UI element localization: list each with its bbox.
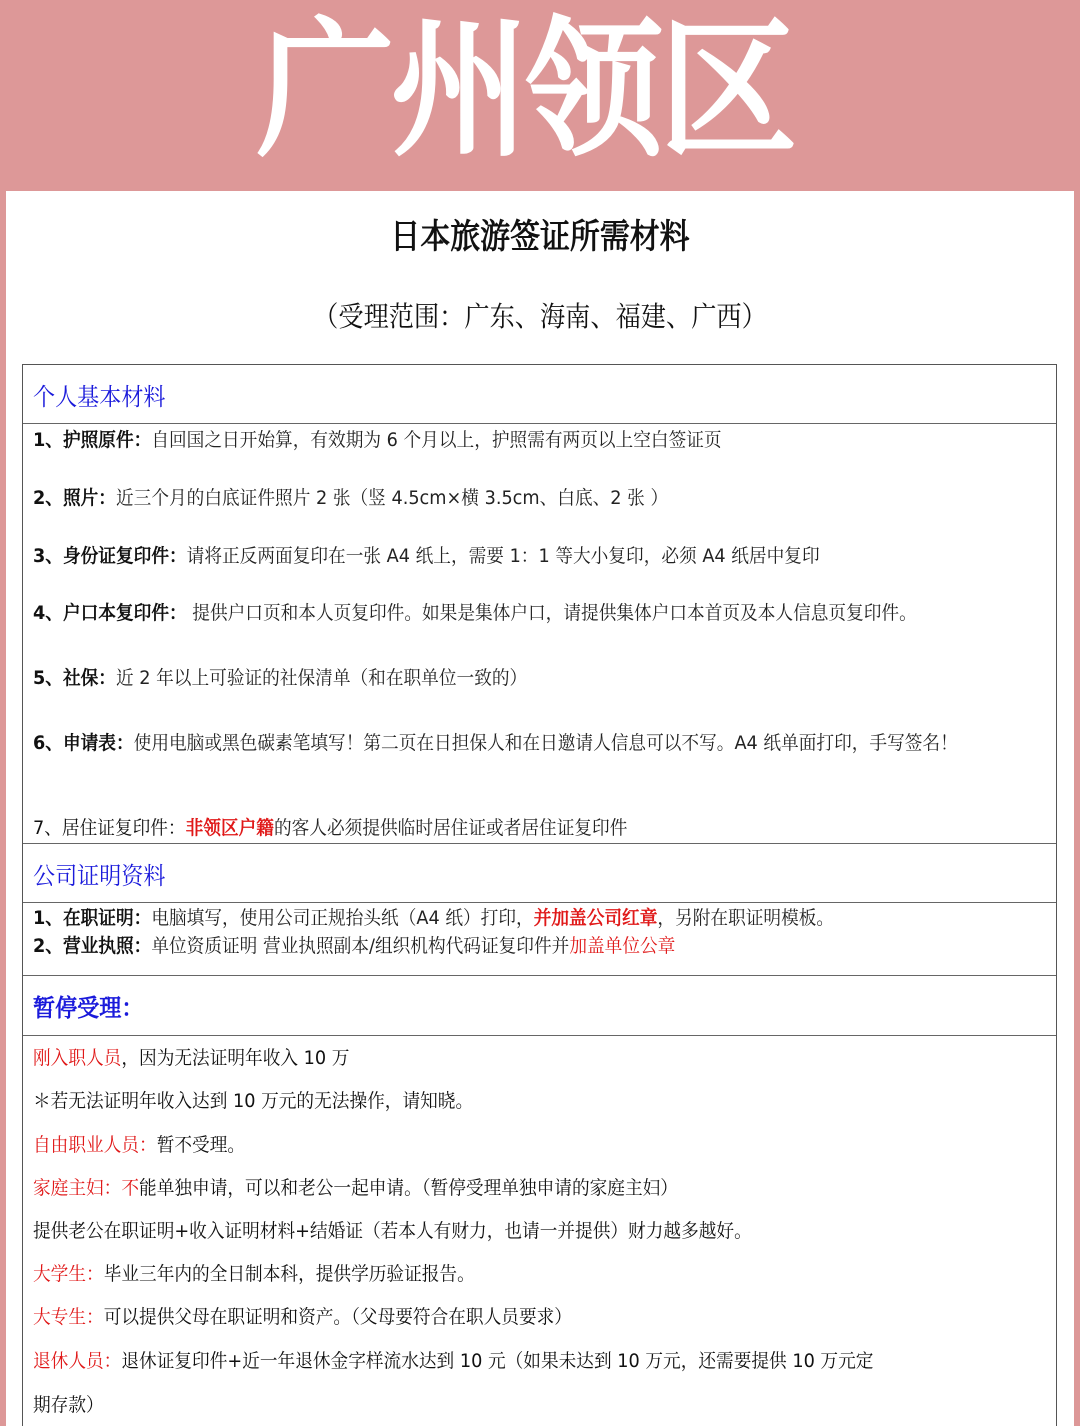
section-header-company: 公司证明资料 bbox=[23, 844, 1056, 903]
list-item: ＊若无法证明年收入达到 10 万元的无法操作，请知晓。 bbox=[33, 1087, 473, 1116]
list-item: 4、户口本复印件： 提供户口页和本人页复印件。如果是集体户口，请提供集体户口本首… bbox=[33, 599, 1042, 628]
section-body-company: 1、在职证明：电脑填写，使用公司正规抬头纸（A4 纸）打印，并加盖公司红章，另附… bbox=[23, 903, 1056, 976]
document-card: 日本旅游签证所需材料 （受理范围：广东、海南、福建、广西） 个人基本材料 1、护… bbox=[6, 191, 1074, 1426]
list-item: 大学生：毕业三年内的全日制本科，提供学历验证报告。 bbox=[33, 1260, 475, 1289]
list-item: 1、在职证明：电脑填写，使用公司正规抬头纸（A4 纸）打印，并加盖公司红章，另附… bbox=[33, 904, 834, 933]
document-title: 日本旅游签证所需材料 bbox=[70, 209, 1010, 258]
list-item: 1、护照原件：自回国之日开始算，有效期为 6 个月以上，护照需有两页以上空白签证… bbox=[33, 426, 722, 455]
list-item: 2、照片：近三个月的白底证件照片 2 张（竖 4.5cm×横 3.5cm、白底、… bbox=[33, 484, 668, 513]
list-item: 6、申请表：使用电脑或黑色碳素笔填写！第二页在日担保人和在日邀请人信息可以不写。… bbox=[33, 729, 1042, 758]
banner-title: 广州领区 bbox=[256, 16, 793, 166]
list-item: 家庭主妇：不能单独申请，可以和老公一起申请。（暂停受理单独申请的家庭主妇） bbox=[33, 1174, 678, 1203]
list-item: 7、居住证复印件：非领区户籍的客人必须提供临时居住证或者居住证复印件 bbox=[33, 814, 627, 843]
list-item: 刚入职人员，因为无法证明年收入 10 万 bbox=[33, 1044, 349, 1073]
section-body-personal: 1、护照原件：自回国之日开始算，有效期为 6 个月以上，护照需有两页以上空白签证… bbox=[23, 424, 1056, 844]
list-item: 退休人员：退休证复印件+近一年退休金字样流水达到 10 元（如果未达到 10 万… bbox=[33, 1347, 873, 1376]
list-item: 自由职业人员：暂不受理。 bbox=[33, 1131, 245, 1160]
document-subtitle: （受理范围：广东、海南、福建、广西） bbox=[59, 295, 1020, 335]
list-item: 3、身份证复印件：请将正反两面复印在一张 A4 纸上，需要 1：1 等大小复印，… bbox=[33, 542, 820, 571]
banner: 广州领区 bbox=[0, 0, 1080, 190]
section-header-personal: 个人基本材料 bbox=[23, 365, 1056, 424]
list-item: 大专生：可以提供父母在职证明和资产。（父母要符合在职人员要求） bbox=[33, 1303, 572, 1332]
materials-table: 个人基本材料 1、护照原件：自回国之日开始算，有效期为 6 个月以上，护照需有两… bbox=[22, 364, 1057, 1426]
list-item-continuation: 期存款） bbox=[33, 1391, 104, 1420]
section-body-suspended: 刚入职人员，因为无法证明年收入 10 万 ＊若无法证明年收入达到 10 万元的无… bbox=[23, 1036, 1056, 1426]
section-header-suspended: 暂停受理： bbox=[23, 976, 1056, 1036]
list-item: 5、社保：近 2 年以上可验证的社保清单（和在职单位一致的） bbox=[33, 664, 527, 693]
list-item: 提供老公在职证明+收入证明材料+结婚证（若本人有财力，也请一并提供）财力越多越好… bbox=[33, 1217, 752, 1246]
list-item: 2、营业执照：单位资质证明 营业执照副本/组织机构代码证复印件并加盖单位公章 bbox=[33, 932, 675, 961]
